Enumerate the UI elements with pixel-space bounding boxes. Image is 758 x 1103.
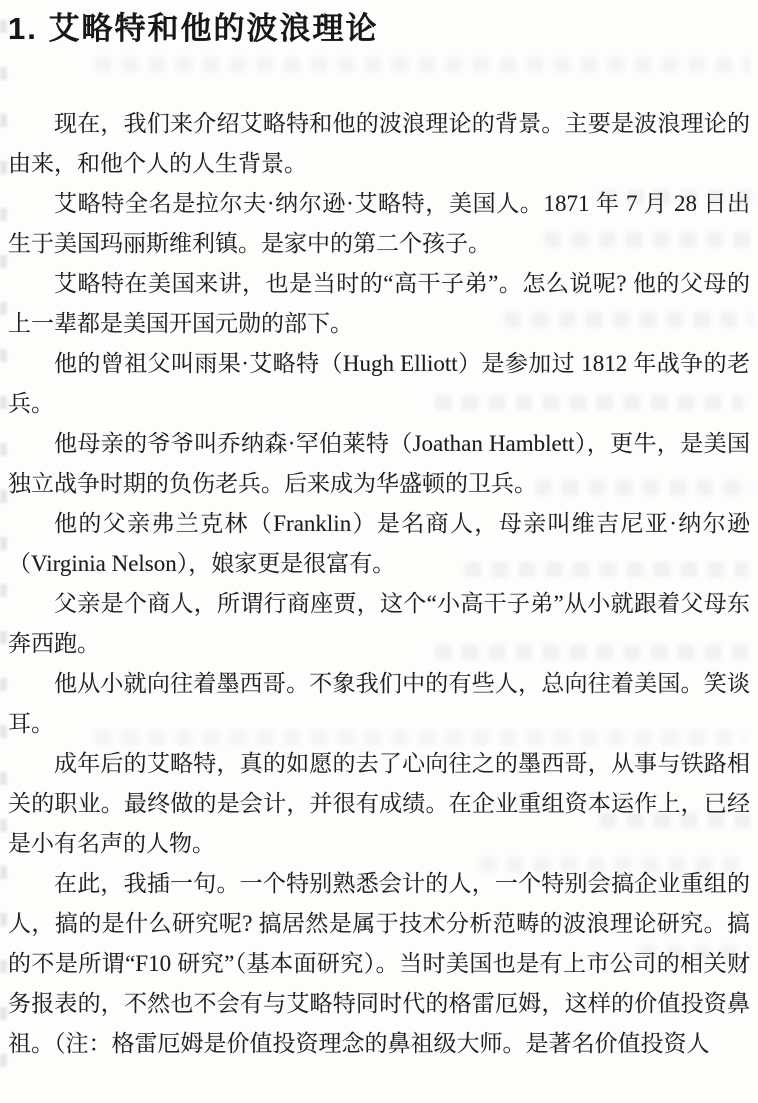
bleed-through-artifact	[95, 57, 750, 72]
paragraph: 艾略特在美国来讲，也是当时的“高干子弟”。怎么说呢? 他的父母的上一辈都是美国开…	[8, 264, 750, 344]
paragraph: 他母亲的爷爷叫乔纳森·罕伯莱特（Joathan Hamblett），更牛，是美国…	[8, 424, 750, 504]
paragraph: 现在，我们来介绍艾略特和他的波浪理论的背景。主要是波浪理论的由来，和他个人的人生…	[8, 104, 750, 184]
page-edge-artifact	[0, 20, 7, 1080]
paragraph: 他从小就向往着墨西哥。不象我们中的有些人，总向往着美国。笑谈耳。	[8, 664, 750, 744]
page-title: 1. 艾略特和他的波浪理论	[8, 10, 750, 48]
paragraph: 他的曾祖父叫雨果·艾略特（Hugh Elliott）是参加过 1812 年战争的…	[8, 344, 750, 424]
scanned-book-page: 1. 艾略特和他的波浪理论 现在，我们来介绍艾略特和他的波浪理论的背景。主要是波…	[0, 0, 758, 1103]
paragraph: 在此，我插一句。一个特别熟悉会计的人，一个特别会搞企业重组的人，搞的是什么研究呢…	[8, 864, 750, 1064]
paragraph: 艾略特全名是拉尔夫·纳尔逊·艾略特，美国人。1871 年 7 月 28 日出生于…	[8, 184, 750, 264]
paragraph: 父亲是个商人，所谓行商座贾，这个“小高干子弟”从小就跟着父母东奔西跑。	[8, 584, 750, 664]
paragraph: 他的父亲弗兰克林（Franklin）是名商人，母亲叫维吉尼亚·纳尔逊（Virgi…	[8, 504, 750, 584]
body-text: 现在，我们来介绍艾略特和他的波浪理论的背景。主要是波浪理论的由来，和他个人的人生…	[8, 104, 750, 1064]
paragraph: 成年后的艾略特，真的如愿的去了心向往之的墨西哥，从事与铁路相关的职业。最终做的是…	[8, 744, 750, 864]
